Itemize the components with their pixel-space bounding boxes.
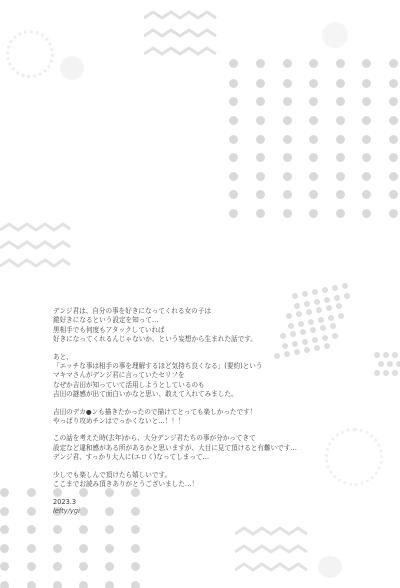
decorative-dot xyxy=(283,97,292,106)
decorative-dot xyxy=(283,172,292,181)
text-line: デンジ君、すっかり大人に(エロく)なってしまって… xyxy=(53,453,393,462)
decorative-dot xyxy=(0,562,9,571)
decorative-dot xyxy=(362,116,371,125)
decorative-dot xyxy=(389,209,398,218)
decorative-dot xyxy=(336,135,345,144)
decorative-dot xyxy=(0,525,9,534)
decorative-dot xyxy=(362,153,371,162)
paragraph-4: この話を考えた時(去年)から、大分デンジ君たちの事が分かってきて 設定など違和感… xyxy=(53,434,393,462)
decorative-dot xyxy=(309,97,318,106)
decorative-dot xyxy=(314,299,320,305)
decorative-dot xyxy=(336,97,345,106)
decorative-dot xyxy=(27,525,36,534)
decorative-wave-lines-left xyxy=(0,222,72,274)
decorative-dot xyxy=(105,525,114,534)
decorative-dot xyxy=(27,544,36,553)
decorative-blob xyxy=(322,22,348,48)
decorative-dot xyxy=(229,79,238,88)
decorative-dot xyxy=(389,59,398,68)
decorative-dot xyxy=(0,581,9,588)
decorative-dot xyxy=(389,153,398,162)
decorative-dot xyxy=(362,172,371,181)
text-line: 好きになってくれるんじゃないか、という妄想から生まれた話です。 xyxy=(53,335,393,344)
text-line: 黒相手でも何度もアタックしていれば xyxy=(53,326,393,335)
decorative-wave-lines-bottom xyxy=(235,526,309,578)
decorative-dot xyxy=(79,525,88,534)
decorative-dot xyxy=(389,97,398,106)
text-line: なぜか吉田が知っていて活用しようとしているのも xyxy=(53,381,393,390)
decorative-dot xyxy=(332,285,338,291)
decorative-dot xyxy=(389,135,398,144)
decorative-dot xyxy=(131,544,140,553)
decorative-dot xyxy=(362,190,371,199)
decorative-dot xyxy=(396,361,400,367)
decorative-dot xyxy=(309,153,318,162)
decorative-dot xyxy=(324,297,330,303)
decorative-dot xyxy=(79,544,88,553)
text-line: マキマさんがデンジ君に言っていたセリフを xyxy=(53,371,393,380)
decorative-dot xyxy=(283,79,292,88)
decorative-dot xyxy=(309,190,318,199)
text-line: 吉田のデカ●ンも描きたかったので描けてとっても楽しかったです！ xyxy=(53,408,393,417)
decorative-dot xyxy=(229,135,238,144)
decorative-dot xyxy=(302,291,308,297)
decorative-dot xyxy=(229,116,238,125)
decorative-dot xyxy=(53,581,62,588)
decorative-dot xyxy=(309,172,318,181)
decorative-dot xyxy=(131,581,140,588)
decorative-dot xyxy=(79,581,88,588)
decorative-dot xyxy=(105,581,114,588)
decorative-dot xyxy=(131,562,140,571)
text-line: 少しでも楽しんで頂けたら嬉しいです。 xyxy=(53,471,393,480)
decorative-dot xyxy=(309,135,318,144)
decorative-dot xyxy=(256,135,265,144)
decorative-blob xyxy=(318,556,342,578)
decorative-dot xyxy=(362,135,371,144)
decorative-dot xyxy=(362,97,371,106)
decorative-dot xyxy=(27,488,36,497)
decorative-dot xyxy=(336,190,345,199)
decorative-dot xyxy=(309,116,318,125)
date: 2023.3 xyxy=(53,498,393,507)
text-line: この話を考えた時(去年)から、大分デンジ君たちの事が分かってきて xyxy=(53,434,393,443)
decorative-dot xyxy=(79,562,88,571)
paragraph-3: 吉田のデカ●ンも描きたかったので描けてとっても楽しかったです！ やっぱり攻めチン… xyxy=(53,408,393,427)
decorative-dot xyxy=(256,153,265,162)
decorative-dot xyxy=(312,289,318,295)
decorative-dot xyxy=(362,209,371,218)
decorative-dot xyxy=(229,153,238,162)
decorative-dot xyxy=(256,172,265,181)
decorative-dot xyxy=(334,295,340,301)
decorative-dot xyxy=(389,190,398,199)
decorative-dot xyxy=(309,79,318,88)
decorative-dot xyxy=(389,116,398,125)
decorative-dot xyxy=(53,544,62,553)
decorative-dot xyxy=(229,97,238,106)
decorative-dot xyxy=(283,209,292,218)
decorative-dot xyxy=(53,562,62,571)
decorative-dot xyxy=(322,287,328,293)
decorative-dot xyxy=(336,153,345,162)
paragraph-5: 少しでも楽しんで頂けたら嬉しいです。 ここまでお読み頂きありがとうございました…… xyxy=(53,471,393,490)
paragraph-2: あと、 「エッチな事は相手の事を理解するほど気持ち良くなる」(要約)という マキ… xyxy=(53,353,393,400)
text-line: やっぱり攻めチンはでっかくないと…！！！ xyxy=(53,417,393,426)
decorative-dot xyxy=(229,172,238,181)
decorative-dot xyxy=(27,507,36,516)
decorative-blob xyxy=(60,56,84,80)
decorative-dot xyxy=(362,59,371,68)
decorative-dot xyxy=(292,293,298,299)
decorative-dot xyxy=(283,153,292,162)
decorative-dot xyxy=(229,190,238,199)
decorative-dot xyxy=(344,293,350,299)
paragraph-1: デンジ君は、自分の事を好きになってくれる女の子は 鎧好きになるという設定を知って… xyxy=(53,307,393,345)
decorative-dot xyxy=(336,116,345,125)
decorative-dot xyxy=(283,135,292,144)
decorative-dot xyxy=(309,209,318,218)
decorative-dot xyxy=(256,79,265,88)
decorative-dot xyxy=(53,525,62,534)
text-line: 吉田の謎感が出て面白いかなと思い、敢えて入れてみました。 xyxy=(53,390,393,399)
decorative-dot xyxy=(229,59,238,68)
text-line: 鎧好きになるという設定を知って… xyxy=(53,316,393,325)
decorative-ring xyxy=(6,30,54,78)
decorative-dot xyxy=(256,97,265,106)
decorative-dot xyxy=(336,172,345,181)
author-signature: lefty/ygi xyxy=(53,507,393,516)
decorative-dot xyxy=(283,59,292,68)
decorative-dot xyxy=(336,209,345,218)
decorative-wave-lines-top xyxy=(144,10,218,62)
decorative-dot xyxy=(389,172,398,181)
text-line: デンジ君は、自分の事を好きになってくれる女の子は xyxy=(53,307,393,316)
afterword-text: デンジ君は、自分の事を好きになってくれる女の子は 鎧好きになるという設定を知って… xyxy=(53,307,393,516)
decorative-dot xyxy=(342,283,348,289)
decorative-dot xyxy=(256,190,265,199)
decorative-dot xyxy=(27,562,36,571)
decorative-dot xyxy=(309,59,318,68)
decorative-dot xyxy=(229,209,238,218)
text-line: あと、 xyxy=(53,353,393,362)
decorative-dot xyxy=(256,59,265,68)
decorative-dot xyxy=(336,79,345,88)
decorative-dot xyxy=(105,544,114,553)
decorative-dot xyxy=(362,79,371,88)
decorative-dot xyxy=(0,507,9,516)
decorative-dot xyxy=(105,562,114,571)
decorative-dot xyxy=(256,116,265,125)
decorative-dot xyxy=(389,79,398,88)
decorative-dot xyxy=(27,581,36,588)
decorative-dot xyxy=(336,59,345,68)
decorative-dot xyxy=(256,209,265,218)
decorative-dot xyxy=(0,544,9,553)
decorative-dot xyxy=(0,488,9,497)
text-line: ここまでお読み頂きありがとうございました…！ xyxy=(53,480,393,489)
decorative-dot xyxy=(283,116,292,125)
decorative-dot xyxy=(131,525,140,534)
text-line: 設定など違和感がある所があるかと思いますが、大目に見て頂けると有難いです… xyxy=(53,444,393,453)
decorative-dot xyxy=(283,190,292,199)
